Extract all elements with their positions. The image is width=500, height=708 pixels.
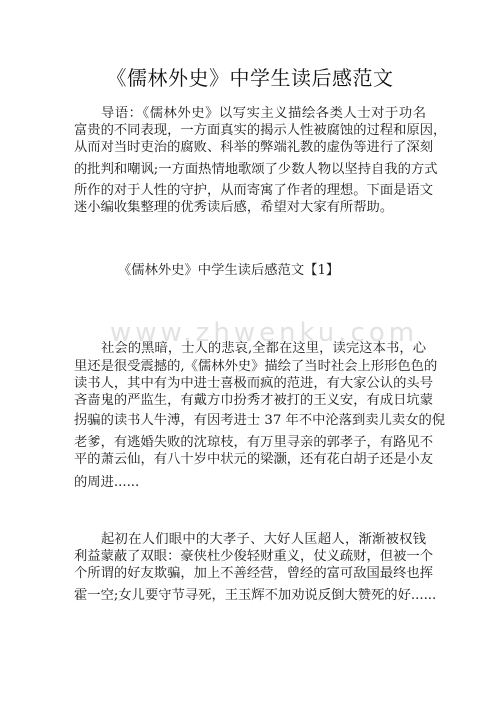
paragraph-line: 拐骗的读书人牛溥，有因考进士 37 年不中沦落到卖儿卖女的倪 <box>74 409 426 428</box>
paragraph-line: 社会的黑暗，士人的悲哀,全都在这里，读完这本书，心 <box>74 337 426 356</box>
paragraph-line: 的周进...... <box>74 471 426 490</box>
intro-line: 迷小编收集整理的优秀读后感，希望对大家有所帮助。 <box>74 196 426 215</box>
paragraph-line: 平的萧云仙，有八十岁中状元的梁灏，还有花白胡子还是小友 <box>74 448 426 467</box>
intro-line: 从而对当时吏治的腐败、科举的弊端礼教的虚伪等进行了深刻 <box>74 136 426 155</box>
paragraph-line: 霍一空;女儿要守节寻死，王玉辉不加劝说反倒大赞死的好...... <box>74 584 426 603</box>
document-page: 《儒林外史》中学生读后感范文 导语：《儒林外史》以写实主义描绘各类人士对于功名 … <box>0 0 500 708</box>
section-heading: 《儒林外史》中学生读后感范文【1】 <box>118 259 339 278</box>
intro-line: 的批判和嘲讽;一方面热情地歌颂了少数人物以坚持自我的方式 <box>74 158 426 177</box>
paragraph-line: 个所谓的好友欺骗，加上不善经营，曾经的富可敌国最终也挥 <box>74 562 426 581</box>
document-title: 《儒林外史》中学生读后感范文 <box>0 62 500 91</box>
paragraph-line: 吝啬鬼的严监生，有戴方巾扮秀才被打的王义安，有成日坑蒙 <box>74 389 426 408</box>
